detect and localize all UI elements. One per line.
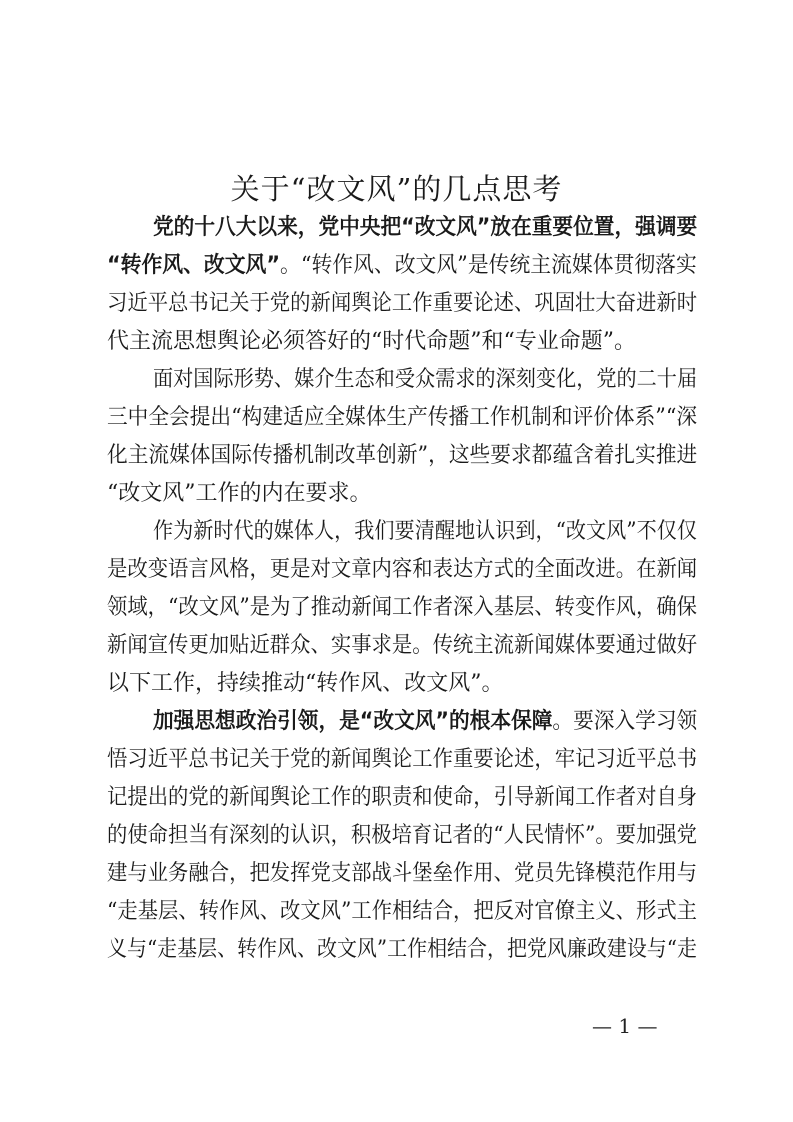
body-text: 的使命担当有深刻的认识，积极培育记者的“人民情怀”。要加强党 — [107, 823, 697, 848]
text-line: 的使命担当有深刻的认识，积极培育记者的“人民情怀”。要加强党 — [107, 817, 697, 855]
body-text: 。要深入学习领 — [552, 709, 697, 734]
text-line: 三中全会提出“构建适应全媒体生产传播工作机制和评价体系”“深 — [107, 399, 697, 437]
text-line: “走基层、转作风、改文风”工作相结合，把反对官僚主义、形式主 — [107, 893, 697, 931]
body-text: 习近平总书记关于党的新闻舆论工作重要论述、巩固壮大奋进新时 — [107, 291, 697, 316]
page-number: — 1 — — [592, 1014, 657, 1038]
text-line: 化主流媒体国际传播机制改革创新”，这些要求都蕴含着扎实推进 — [107, 437, 697, 475]
body-text: 建与业务融合，把发挥党支部战斗堡垒作用、党员先锋模范作用与 — [107, 861, 697, 886]
body-text: 义与“走基层、转作风、改文风”工作相结合，把党风廉政建设与“走 — [107, 937, 697, 962]
text-line: 以下工作，持续推动“转作风、改文风”。 — [107, 665, 697, 703]
text-line: 加强思想政治引领，是“改文风”的根本保障。要深入学习领 — [107, 703, 697, 741]
text-line: 党的十八大以来，党中央把“改文风”放在重要位置，强调要 — [107, 209, 697, 247]
body-text: 记提出的党的新闻舆论工作的职责和使命，引导新闻工作者对自身 — [107, 785, 697, 810]
text-line: 领域，“改文风”是为了推动新闻工作者深入基层、转变作风，确保 — [107, 589, 697, 627]
text-line: 是改变语言风格，更是对文章内容和表达方式的全面改进。在新闻 — [107, 551, 697, 589]
bold-heading-text: 党的十八大以来，党中央把“改文风”放在重要位置，强调要 — [153, 215, 697, 240]
text-line: 义与“走基层、转作风、改文风”工作相结合，把党风廉政建设与“走 — [107, 931, 697, 969]
text-line: 建与业务融合，把发挥党支部战斗堡垒作用、党员先锋模范作用与 — [107, 855, 697, 893]
text-line: 面对国际形势、媒介生态和受众需求的深刻变化，党的二十届 — [107, 361, 697, 399]
body-text: 化主流媒体国际传播机制改革创新”，这些要求都蕴含着扎实推进 — [107, 443, 697, 468]
document-title: 关于“改文风”的几点思考 — [0, 167, 793, 208]
body-text: 是改变语言风格，更是对文章内容和表达方式的全面改进。在新闻 — [107, 557, 697, 582]
body-text: 悟习近平总书记关于党的新闻舆论工作重要论述，牢记习近平总书 — [107, 747, 697, 772]
body-text: “改文风”工作的内在要求。 — [107, 481, 372, 506]
text-line: 新闻宣传更加贴近群众、实事求是。传统主流新闻媒体要通过做好 — [107, 627, 697, 665]
body-text: 作为新时代的媒体人，我们要清醒地认识到，“改文风”不仅仅 — [153, 519, 697, 544]
text-line: 作为新时代的媒体人，我们要清醒地认识到，“改文风”不仅仅 — [107, 513, 697, 551]
body-text: 新闻宣传更加贴近群众、实事求是。传统主流新闻媒体要通过做好 — [107, 633, 697, 658]
bold-heading-text: 加强思想政治引领，是“改文风”的根本保障 — [153, 709, 552, 734]
body-text: 面对国际形势、媒介生态和受众需求的深刻变化，党的二十届 — [153, 367, 697, 392]
text-line: “改文风”工作的内在要求。 — [107, 475, 697, 513]
document-body: 党的十八大以来，党中央把“改文风”放在重要位置，强调要“转作风、改文风”。“转作… — [107, 209, 697, 969]
body-text: 领域，“改文风”是为了推动新闻工作者深入基层、转变作风，确保 — [107, 595, 697, 620]
body-text: 以下工作，持续推动“转作风、改文风”。 — [107, 671, 504, 696]
text-line: 习近平总书记关于党的新闻舆论工作重要论述、巩固壮大奋进新时 — [107, 285, 697, 323]
body-text: 。“转作风、改文风”是传统主流媒体贯彻落实 — [280, 253, 697, 278]
bold-heading-text: “转作风、改文风” — [107, 253, 280, 278]
body-text: 代主流思想舆论必须答好的“时代命题”和“专业命题”。 — [107, 329, 636, 354]
document-page: 关于“改文风”的几点思考 党的十八大以来，党中央把“改文风”放在重要位置，强调要… — [0, 0, 793, 1122]
body-text: “走基层、转作风、改文风”工作相结合，把反对官僚主义、形式主 — [107, 899, 697, 924]
text-line: 悟习近平总书记关于党的新闻舆论工作重要论述，牢记习近平总书 — [107, 741, 697, 779]
body-text: 三中全会提出“构建适应全媒体生产传播工作机制和评价体系”“深 — [107, 405, 697, 430]
text-line: 代主流思想舆论必须答好的“时代命题”和“专业命题”。 — [107, 323, 697, 361]
text-line: “转作风、改文风”。“转作风、改文风”是传统主流媒体贯彻落实 — [107, 247, 697, 285]
text-line: 记提出的党的新闻舆论工作的职责和使命，引导新闻工作者对自身 — [107, 779, 697, 817]
